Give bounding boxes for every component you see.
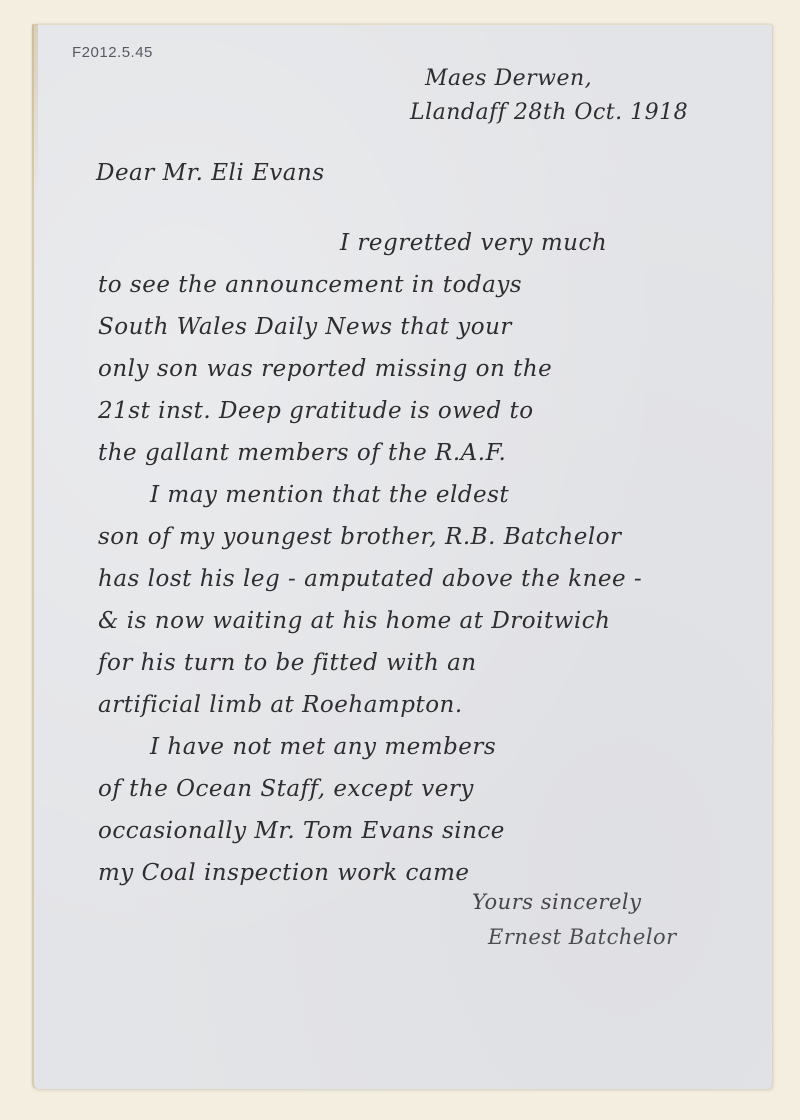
address-line-1: Maes Derwen, (425, 66, 592, 91)
closing: Yours sincerely (472, 890, 641, 914)
body-line: to see the announcement in todays (98, 272, 522, 298)
salutation: Dear Mr. Eli Evans (96, 160, 325, 186)
body-line: 21st inst. Deep gratitude is owed to (98, 398, 534, 424)
body-line: I have not met any members (150, 734, 496, 760)
body-line: has lost his leg - amputated above the k… (98, 566, 642, 592)
catalog-number: F2012.5.45 (72, 44, 153, 61)
body-line: of the Ocean Staff, except very (98, 776, 474, 802)
signature: Ernest Batchelor (488, 925, 677, 949)
body-line: I may mention that the eldest (150, 482, 509, 508)
body-line: the gallant members of the R.A.F. (98, 440, 506, 466)
body-line: only son was reported missing on the (98, 356, 552, 382)
body-line: my Coal inspection work came (98, 860, 470, 886)
body-line: & is now waiting at his home at Droitwic… (98, 608, 610, 634)
body-line: South Wales Daily News that your (98, 314, 512, 340)
paper-edge-stain (32, 24, 38, 204)
body-line: artificial limb at Roehampton. (98, 692, 463, 718)
body-line: for his turn to be fitted with an (98, 650, 477, 676)
body-line: occasionally Mr. Tom Evans since (98, 818, 505, 844)
address-line-2: Llandaff 28th Oct. 1918 (410, 100, 688, 125)
body-line: I regretted very much (340, 230, 607, 256)
body-line: son of my youngest brother, R.B. Batchel… (98, 524, 622, 550)
